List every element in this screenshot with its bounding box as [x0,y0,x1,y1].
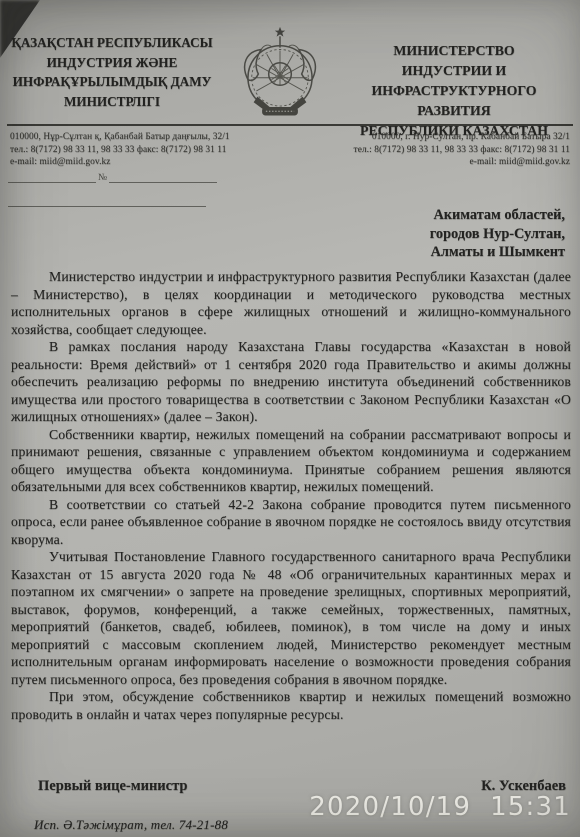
address-line: e-mail: miid@miid.gov.kz [10,156,280,169]
org-name-russian-line: ИНФРАСТРУКТУРНОГО РАЗВИТИЯ [334,81,574,121]
address-line: тел.: 8(7172) 98 33 11, 98 33 33 факс: 8… [290,144,570,157]
body-paragraph: Собственники квартир, нежилых помещений … [11,426,571,496]
body-paragraph: В рамках послания народу Казахстана Глав… [11,338,571,426]
letterhead-divider [7,124,573,126]
address-line: e-mail: miid@miid.gov.kz [290,156,570,169]
body-paragraph: При этом, обсуждение собственников кварт… [11,688,571,723]
doc-number-blank [109,170,217,183]
address-line: 010000, Нұр-Сұлтан қ, Қабанбай Батыр даң… [10,131,280,144]
address-block-kazakh: 010000, Нұр-Сұлтан қ, Қабанбай Батыр даң… [10,131,280,169]
executor-note: Исп. Ә.Тәжімұрат, тел. 74-21-88 [34,817,228,833]
camera-timestamp: 2020/10/19 15:31 [309,792,571,822]
org-name-kazakh-line: МИНИСТРЛІГІ [6,92,218,112]
addressee-line: Алматы и Шымкент [430,243,565,262]
addressee-line: Акиматам областей, [430,206,565,225]
org-name-russian-line: ИНДУСТРИИ И [334,61,574,81]
address-block-russian: 010000, г. Нур-Султан, пр. Кабанбай Баты… [290,131,570,169]
doc-reference-blank [8,194,206,207]
document-photo: ҚАЗАҚСТАН РЕСПУБЛИКАСЫ ИНДУСТРИЯ ЖӘНЕ ИН… [0,0,580,837]
org-name-kazakh: ҚАЗАҚСТАН РЕСПУБЛИКАСЫ ИНДУСТРИЯ ЖӘНЕ ИН… [6,33,218,111]
body-paragraph: Учитывая Постановление Главного государс… [11,548,571,688]
body-paragraph: В соответствии со статьей 42-2 Закона со… [11,496,571,549]
org-name-kazakh-line: ИНДУСТРИЯ ЖӘНЕ [6,53,218,73]
org-name-kazakh-line: ИНФРАҚҰРЫЛЫМДЫҚ ДАМУ [6,72,218,92]
address-line: тел.: 8(7172) 98 33 11, 98 33 33 факс: 8… [10,144,280,157]
doc-number-line: № [8,170,217,183]
letter-body: Министерство индустрии и инфраструктурно… [11,268,571,723]
address-line: 010000, г. Нур-Султан, пр. Кабанбай Баты… [290,131,570,144]
signature-position: Первый вице-министр [38,778,187,795]
addressee-line: городов Нур-Султан, [430,225,565,244]
doc-date-blank [8,170,96,183]
body-paragraph: Министерство индустрии и инфраструктурно… [11,268,571,338]
coat-of-arms-icon [231,25,329,123]
org-name-kazakh-line: ҚАЗАҚСТАН РЕСПУБЛИКАСЫ [6,33,218,53]
number-sign: № [96,173,109,183]
org-name-russian-line: МИНИСТЕРСТВО [334,41,574,61]
addressee: Акиматам областей, городов Нур-Султан, А… [430,206,565,262]
